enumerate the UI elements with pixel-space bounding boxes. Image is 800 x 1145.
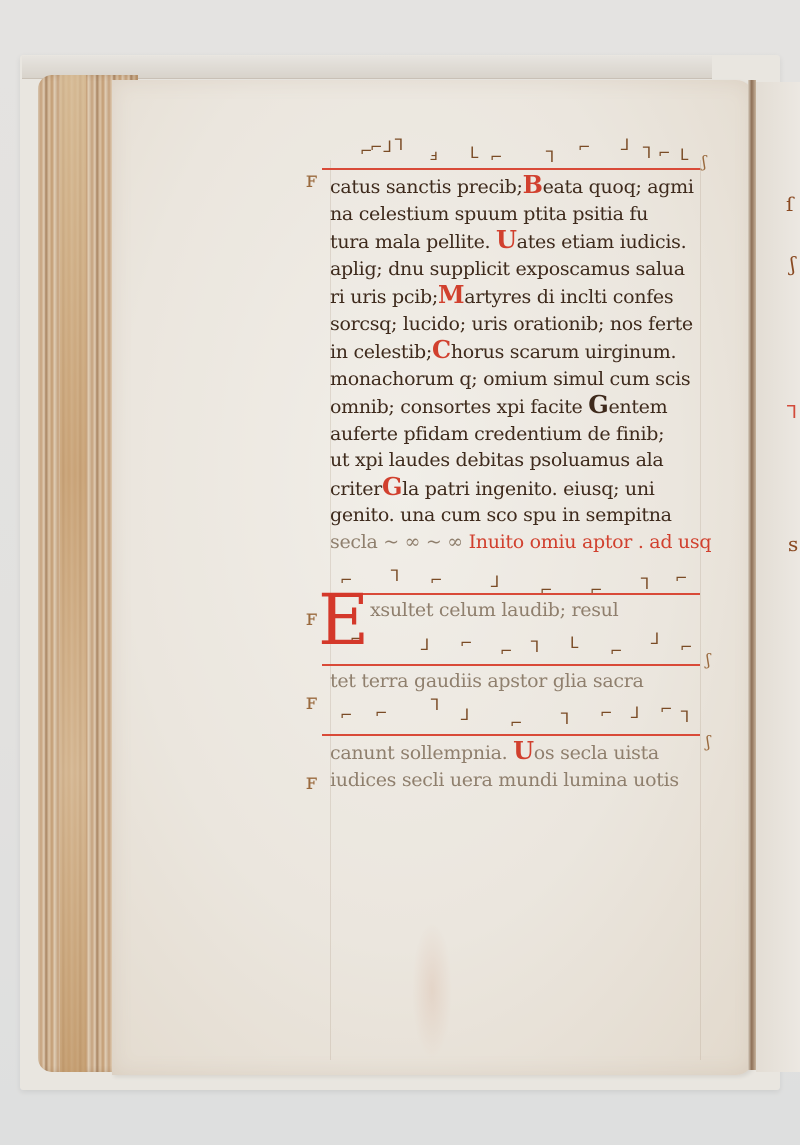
text-line: aplig; dnu supplicit exposcamus salua <box>330 256 700 283</box>
neume: ᒣ <box>545 150 554 165</box>
neume: ⌐ <box>675 571 688 586</box>
text-line: genito. una cum sco spu in sempitna <box>330 502 700 529</box>
text-line: auferte pfidam credentium de finib; <box>330 421 700 448</box>
red-initial-g: G <box>382 472 402 501</box>
facing-page-ink-mark: ꜱ <box>788 532 798 556</box>
rubric-text: Inuito omiu aptor . ad usq <box>469 531 712 553</box>
neume: ⌐ᒧ <box>370 140 392 155</box>
clef-mark: ꜰ <box>306 168 317 193</box>
text-line: catus sanctis precib;Beata quoq; agmi <box>330 172 700 201</box>
chant-text-line: iudices secli uera mundi lumina uotis <box>330 767 700 794</box>
text-segment: secla <box>330 531 378 553</box>
neume: ⅎ <box>430 148 438 163</box>
neume: ᒣ <box>640 577 649 592</box>
text-segment: in celestib; <box>330 341 432 363</box>
staff-red-line <box>322 168 700 170</box>
neume-row: ⌐ ⌐ ᒣ ᒧ ⌐ ᒣ ⌐ ᒧ ⌐ ᒣ <box>330 694 700 734</box>
red-initial-m: M <box>438 280 464 309</box>
neume: ᒣ <box>642 146 651 161</box>
clef-mark: ꜰ <box>306 606 317 631</box>
text-line: ri uris pcib;Martyres di inclti confes <box>330 282 700 311</box>
neume: ᒧ <box>620 138 629 153</box>
neume: ᒧ <box>650 632 659 647</box>
neume: ⌐ <box>660 702 673 717</box>
neume: ᒣ <box>530 640 539 655</box>
neume: ⌐ <box>490 150 503 165</box>
ruling-line-right <box>700 160 701 1060</box>
text-line: omnib; consortes xpi facite Gentem <box>330 392 700 421</box>
text-segment: os secla uista <box>534 742 659 764</box>
neume: ⌐ <box>540 583 553 598</box>
red-initial-b: B <box>523 170 543 199</box>
text-line: in celestib;Chorus scarum uirginum. <box>330 337 700 366</box>
custos-mark: ʃ <box>702 152 706 171</box>
text-line: ut xpi laudes debitas psoluamus ala <box>330 447 700 474</box>
text-line: monachorum q; omium simul cum scis <box>330 366 700 393</box>
main-text-block: ⌐ ⌐ᒧ ᒣ ⅎ ᒪ ⌐ ᒣ ⌐ ᒧ ᒣ ⌐ ᒪ catus sanctis p… <box>330 140 700 793</box>
text-segment: entem <box>608 396 667 418</box>
text-segment: la patri ingenito. eiusq; uni <box>402 478 654 500</box>
neume: ⌐ <box>430 573 443 588</box>
red-initial-u: U <box>513 736 534 765</box>
red-initial-u: U <box>496 225 517 254</box>
neume: ⌐ <box>340 708 353 723</box>
text-segment: criter <box>330 478 382 500</box>
chant-text-line: tet terra gaudiis apstor glia sacra <box>330 668 700 695</box>
neume-row: ⌐ ⌐ᒧ ᒣ ⅎ ᒪ ⌐ ᒣ ⌐ ᒧ ᒣ ⌐ ᒪ <box>330 140 700 168</box>
neume: ⌐ <box>658 146 671 161</box>
neume: ⌐ <box>590 583 603 598</box>
fore-edge-stain <box>60 75 86 1072</box>
neume: ᒧ <box>420 638 429 653</box>
neume: ᒪ <box>680 148 688 163</box>
facing-page-ink-mark: ʃ <box>790 252 795 276</box>
chant-text-line: xsultet celum laudib; resul <box>330 597 700 624</box>
text-segment: eata quoq; agmi <box>543 176 694 198</box>
text-segment: horus scarum uirginum. <box>451 341 676 363</box>
neume: ⌐ <box>610 644 623 659</box>
staff-red-line <box>322 593 700 595</box>
text-segment: catus sanctis precib; <box>330 176 523 198</box>
neume-row: ⌐ ᒧ ⌐ ⌐ ᒣ ᒪ ⌐ ᒧ ⌐ <box>330 624 700 664</box>
neume: ⌐ <box>680 640 693 655</box>
neume: ᒧ <box>490 575 499 590</box>
neume: ⌐ <box>578 140 591 155</box>
text-line: criterGla patri ingenito. eiusq; uni <box>330 474 700 503</box>
clef-mark: ꜰ <box>306 690 317 715</box>
ornament-flourish: ~ ∞ ~ ∞ <box>383 531 463 553</box>
neume-row: ⌐ ᒣ ⌐ ᒧ ⌐ ⌐ ᒣ ⌐ <box>330 565 700 593</box>
text-segment: tura mala pellite. <box>330 231 490 253</box>
text-segment: omnib; consortes xpi facite <box>330 396 582 418</box>
neume: ᒧ <box>460 708 469 723</box>
book-gutter <box>748 80 756 1070</box>
neume: ᒪ <box>470 146 478 161</box>
staff-red-line <box>322 664 700 666</box>
neume: ᒣ <box>680 710 689 725</box>
neume: ⌐ <box>600 706 613 721</box>
chant-text-line: canunt sollempnia. Uos secla uista <box>330 738 700 767</box>
facing-page-ink-mark: ſ <box>786 192 793 216</box>
neume: ⌐ <box>460 636 473 651</box>
neume: ᒣ <box>394 138 403 153</box>
neume: ᒣ <box>560 712 569 727</box>
custos-mark: ʃ <box>706 732 710 751</box>
text-line: secla ~ ∞ ~ ∞ Inuito omiu aptor . ad usq <box>330 529 700 556</box>
staff-red-line <box>322 734 700 736</box>
facing-page-rubric-mark: ᒣ <box>786 402 797 423</box>
custos-mark: ʃ <box>706 650 710 669</box>
red-initial-c: C <box>432 335 451 364</box>
text-segment: ates etiam iudicis. <box>517 231 687 253</box>
neume: ᒣ <box>430 698 439 713</box>
text-line: sorcsq; lucido; uris orationib; nos fert… <box>330 311 700 338</box>
text-line: na celestium spuum ptita psitia fu <box>330 201 700 228</box>
neume: ᒧ <box>630 706 639 721</box>
neume: ᒣ <box>390 569 399 584</box>
neume: ⌐ <box>500 644 513 659</box>
neume: ᒪ <box>570 636 578 651</box>
clef-mark: ꜰ <box>306 770 317 795</box>
text-segment: artyres di inclti confes <box>464 286 673 308</box>
decorated-initial-e: E <box>318 585 369 655</box>
neume: ⌐ <box>510 716 523 731</box>
neume: ⌐ <box>375 706 388 721</box>
initial-g: G <box>588 390 608 419</box>
text-line: tura mala pellite. Uates etiam iudicis. <box>330 227 700 256</box>
text-segment: ri uris pcib; <box>330 286 438 308</box>
text-segment: canunt sollempnia. <box>330 742 507 764</box>
facing-page: ſ ʃ ᒣ ꜱ <box>756 82 800 1072</box>
